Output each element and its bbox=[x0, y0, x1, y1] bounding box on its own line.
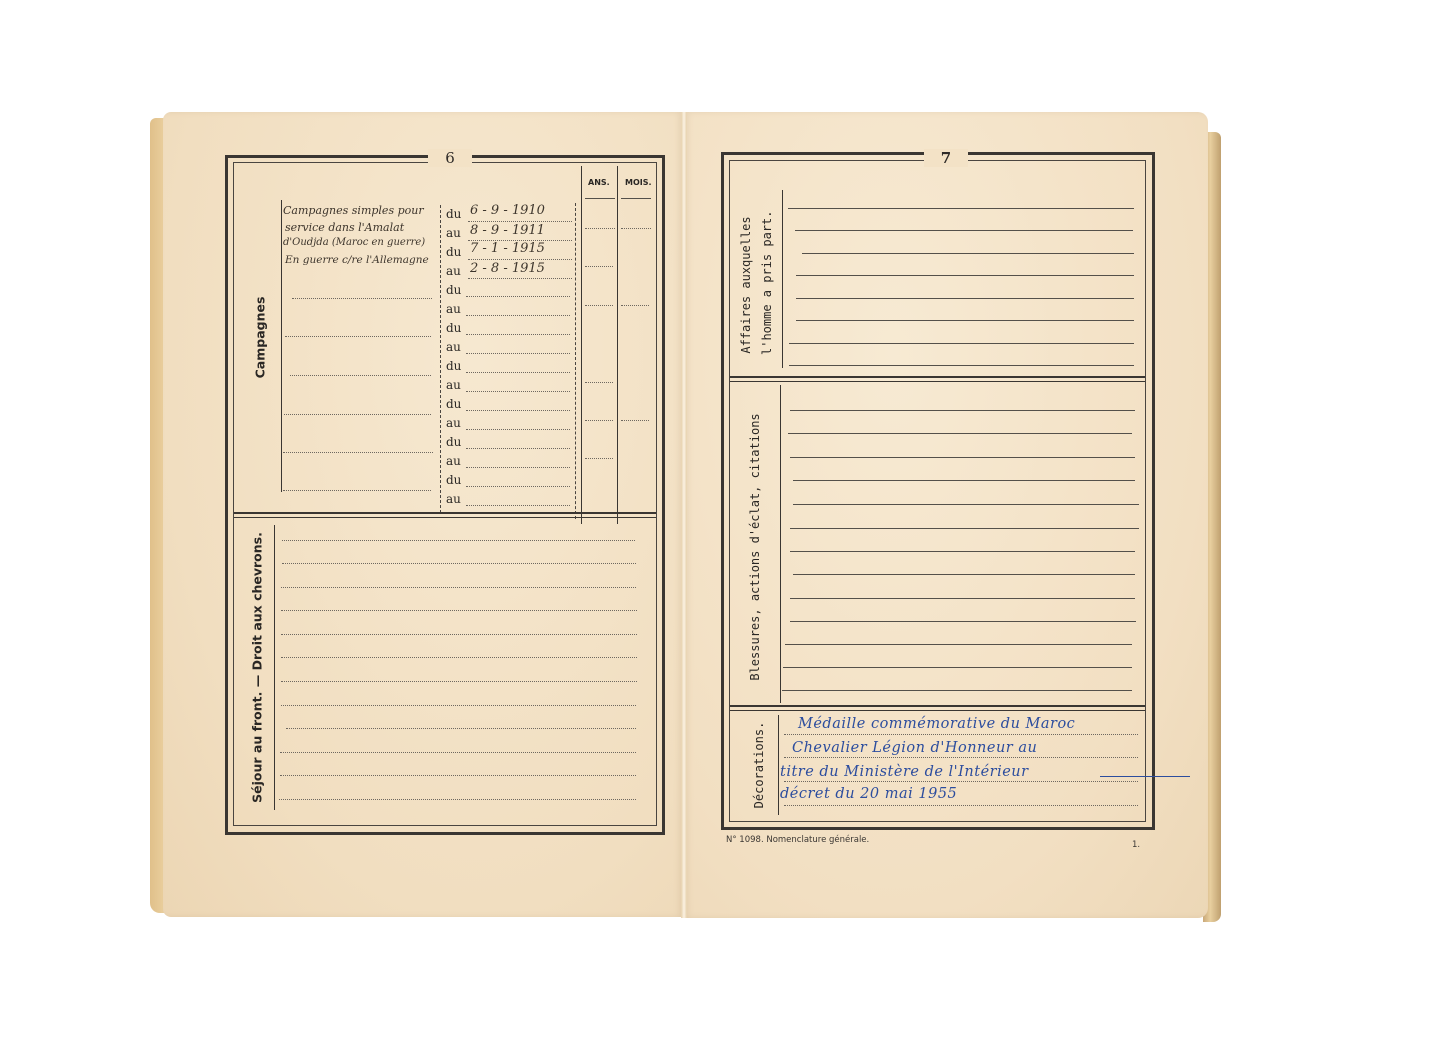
sejour-entry-line bbox=[286, 728, 636, 729]
affaires-brace bbox=[782, 190, 783, 368]
campagne-description-line: En guerre c/re l'Allemagne bbox=[285, 254, 429, 266]
mois-column-divider bbox=[617, 166, 618, 524]
au-label: au bbox=[446, 340, 461, 354]
decoration-entry: titre du Ministère de l'Intérieur bbox=[780, 764, 1029, 780]
du-line bbox=[466, 410, 570, 411]
campagnes-sejour-separator bbox=[234, 512, 656, 518]
ans-mark bbox=[585, 266, 613, 267]
affaires-entry-line bbox=[796, 298, 1134, 299]
blessures-label: Blessures, actions d'éclat, citations bbox=[748, 402, 762, 692]
du-date: 6 - 9 - 1910 bbox=[470, 203, 545, 218]
sejour-entry-line bbox=[280, 752, 636, 753]
decoration-entry: Médaille commémorative du Maroc bbox=[798, 716, 1075, 732]
au-line bbox=[466, 353, 570, 354]
ans-mark bbox=[585, 228, 615, 229]
du-label: du bbox=[446, 245, 461, 259]
du-line bbox=[468, 259, 572, 260]
blessures-entry-line bbox=[783, 667, 1132, 668]
campagne-description-line: service dans l'Amalat bbox=[285, 221, 404, 234]
mois-mark bbox=[621, 420, 649, 421]
decoration-entry: décret du 20 mai 1955 bbox=[780, 786, 957, 802]
au-line bbox=[468, 278, 572, 279]
campagne-entry-line bbox=[285, 336, 431, 337]
au-label: au bbox=[446, 416, 461, 430]
du-label: du bbox=[446, 321, 461, 335]
blessures-entry-line bbox=[790, 528, 1139, 529]
du-label: du bbox=[446, 473, 461, 487]
ans-column-divider bbox=[581, 166, 582, 524]
campagne-description-line: Campagnes simples pour bbox=[283, 204, 424, 217]
au-date: 2 - 8 - 1915 bbox=[470, 261, 545, 276]
decorations-entry-line bbox=[784, 805, 1138, 806]
sejour-entry-line bbox=[281, 610, 637, 611]
decoration-strikeline bbox=[1100, 776, 1190, 777]
ans-mark bbox=[585, 458, 613, 459]
ans-mark bbox=[585, 382, 613, 383]
au-line bbox=[466, 505, 570, 506]
du-line bbox=[466, 334, 570, 335]
sejour-entry-line bbox=[281, 657, 637, 658]
campagnes-brace bbox=[281, 200, 282, 492]
decorations-entry-line bbox=[784, 734, 1138, 735]
du-label: du bbox=[446, 207, 461, 221]
au-label: au bbox=[446, 302, 461, 316]
mois-mark bbox=[621, 228, 651, 229]
campagne-description-line: d'Oudjda (Maroc en guerre) bbox=[283, 237, 425, 248]
ans-mark bbox=[585, 420, 613, 421]
affaires-label-line2: l'homme a pris part. bbox=[760, 215, 774, 355]
mois-mark bbox=[621, 305, 649, 306]
affaires-blessures-separator bbox=[730, 376, 1145, 382]
du-label: du bbox=[446, 359, 461, 373]
campagne-entry-line bbox=[283, 490, 431, 491]
decorations-entry-line bbox=[784, 781, 1138, 782]
booklet-spine bbox=[681, 112, 687, 918]
sejour-entry-line bbox=[282, 540, 635, 541]
du-line bbox=[466, 296, 570, 297]
campagnes-label: Campagnes bbox=[253, 288, 268, 388]
affaires-label-line1: Affaires auxquelles bbox=[739, 215, 753, 355]
blessures-entry-line bbox=[793, 574, 1135, 575]
date-brace-left bbox=[440, 205, 445, 513]
sejour-entry-line bbox=[282, 563, 636, 564]
campagne-entry-line bbox=[292, 298, 432, 299]
affaires-entry-line bbox=[802, 253, 1134, 254]
affaires-entry-line bbox=[796, 320, 1134, 321]
affaires-entry-line bbox=[788, 208, 1134, 209]
au-date: 8 - 9 - 1911 bbox=[470, 223, 545, 238]
au-line bbox=[466, 429, 570, 430]
blessures-entry-line bbox=[790, 621, 1136, 622]
date-brace-right bbox=[571, 203, 576, 519]
blessures-entry-line bbox=[790, 457, 1135, 458]
decorations-entry-line bbox=[784, 757, 1138, 758]
au-line bbox=[466, 315, 570, 316]
au-line bbox=[466, 467, 570, 468]
affaires-entry-line bbox=[795, 230, 1133, 231]
campagne-entry-line bbox=[290, 375, 431, 376]
au-label: au bbox=[446, 226, 461, 240]
campagne-entry-line bbox=[284, 414, 431, 415]
blessures-entry-line bbox=[790, 598, 1135, 599]
affaires-entry-line bbox=[789, 343, 1134, 344]
affaires-entry-line bbox=[796, 275, 1134, 276]
sejour-label: Séjour au front. — Droit aux chevrons. bbox=[250, 518, 265, 818]
ans-column-header: ANS. bbox=[588, 178, 610, 187]
decoration-entry: Chevalier Légion d'Honneur au bbox=[792, 740, 1037, 756]
du-line bbox=[468, 221, 572, 222]
blessures-entry-line bbox=[782, 690, 1132, 691]
blessures-entry-line bbox=[790, 551, 1135, 552]
sejour-entry-line bbox=[281, 587, 636, 588]
decorations-brace bbox=[778, 715, 779, 815]
blessures-entry-line bbox=[788, 433, 1132, 434]
du-date: 7 - 1 - 1915 bbox=[470, 241, 545, 256]
du-label: du bbox=[446, 283, 461, 297]
au-label: au bbox=[446, 378, 461, 392]
sejour-brace bbox=[274, 525, 275, 810]
du-line bbox=[466, 486, 570, 487]
blessures-entry-line bbox=[785, 644, 1132, 645]
ans-mark bbox=[585, 305, 613, 306]
mois-column-header: MOIS. bbox=[625, 178, 652, 187]
form-reference: N° 1098. Nomenclature générale. bbox=[726, 835, 869, 845]
du-label: du bbox=[446, 435, 461, 449]
sejour-entry-line bbox=[280, 775, 636, 776]
blessures-entry-line bbox=[793, 480, 1135, 481]
page-number: 7 bbox=[924, 149, 968, 167]
du-line bbox=[466, 448, 570, 449]
signature-mark: 1. bbox=[1132, 840, 1140, 850]
au-line bbox=[466, 391, 570, 392]
page-number: 6 bbox=[428, 149, 472, 167]
campagne-entry-line bbox=[283, 452, 433, 453]
sejour-entry-line bbox=[281, 634, 637, 635]
sejour-entry-line bbox=[279, 799, 636, 800]
blessures-decorations-separator bbox=[730, 705, 1145, 711]
ans-header-rule bbox=[585, 198, 615, 199]
decorations-label: Décorations. bbox=[752, 710, 766, 820]
du-line bbox=[466, 372, 570, 373]
affaires-entry-line bbox=[789, 365, 1134, 366]
sejour-entry-line bbox=[281, 681, 637, 682]
sejour-entry-line bbox=[281, 705, 636, 706]
blessures-brace bbox=[780, 385, 781, 703]
blessures-entry-line bbox=[790, 410, 1135, 411]
blessures-entry-line bbox=[793, 504, 1139, 505]
au-label: au bbox=[446, 454, 461, 468]
au-label: au bbox=[446, 492, 461, 506]
mois-header-rule bbox=[621, 198, 651, 199]
au-label: au bbox=[446, 264, 461, 278]
du-label: du bbox=[446, 397, 461, 411]
